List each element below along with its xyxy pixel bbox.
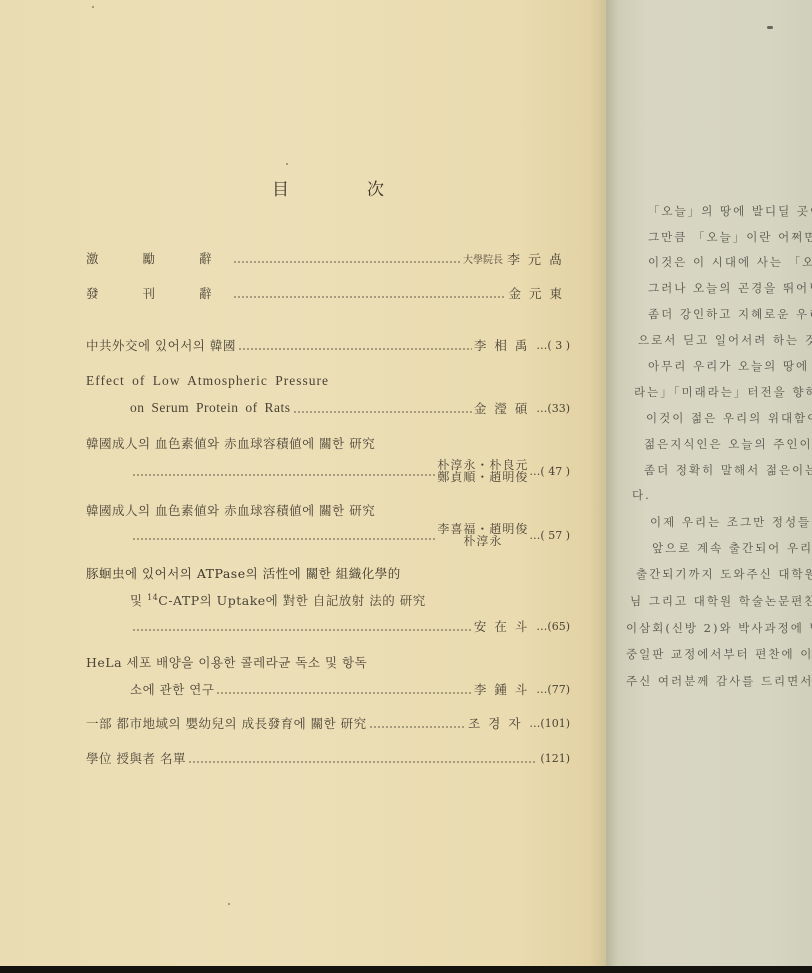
toc-entry-author: 金元東 [508, 284, 570, 302]
text-line: 좀더 강인하고 지혜로운 우리 [648, 306, 812, 322]
toc-entry-title: 激 勵 辭 [86, 249, 231, 267]
toc-entry-author-line-2: 朴淳永 [463, 535, 502, 547]
text-line: 다. [632, 487, 651, 503]
toc-entry-title-line-1[interactable]: HeLa 세포 배양을 이용한 콜레라균 독소 및 항독 [86, 653, 367, 671]
text-line: 라는」「미래라는」터전을 향하 [634, 384, 812, 400]
leader-dots [132, 528, 435, 542]
toc-entry-author: 조경자 [468, 714, 528, 732]
toc-entry[interactable]: on Serum Protein of Rats 金瀅碩 …(33) [86, 398, 570, 418]
toc-entry-title-line-2[interactable]: 및 14C-ATP의 Uptake에 對한 自記放射 法的 研究 [130, 591, 426, 609]
leader-dots [132, 619, 472, 633]
toc-entry-title: 一部 都市地域의 嬰幼兒의 成長發育에 關한 研究 [86, 714, 367, 732]
toc-entry-page: …(33) [536, 402, 570, 415]
toc-entry[interactable]: 朴淳永・朴良元 鄭貞順・趙明俊 …( 47 ) [86, 458, 570, 484]
text-line: 이삼회(신방 2)와 박사과정에 박 [626, 620, 812, 636]
toc-entry-author: 李鍾斗 [474, 680, 536, 698]
text-line: 이제 우리는 조그만 정성들을 [650, 514, 812, 530]
leader-dots [216, 682, 471, 696]
isotope-superscript: 14 [147, 593, 158, 602]
paper-speck [228, 903, 230, 905]
leader-dots [238, 338, 472, 352]
text-line: 젊은지식인은 오늘의 주인이 [644, 436, 812, 452]
toc-entry[interactable]: 發 刊 辭 金元東 [86, 283, 570, 303]
toc-entry-author: 李元卨 [507, 249, 570, 268]
ink-mark [767, 26, 773, 29]
text-line: 님 그리고 대학원 학술논문편찬 [630, 593, 812, 609]
left-page: 目 次 激 勵 辭 大學院長 李元卨 發 刊 辭 金元東 中共外交에 있어서의 … [0, 0, 608, 966]
toc-entry-author-line-2: 鄭貞順・趙明俊 [437, 471, 528, 483]
toc-entry[interactable]: 李喜福・趙明俊 朴淳永 …( 57 ) [86, 522, 570, 548]
toc-entry-page: …(65) [536, 620, 570, 633]
leader-dots [132, 464, 435, 478]
text-line: 이것은 이 시대에 사는 「오 [648, 254, 812, 270]
scan-background-edge [0, 966, 812, 973]
text-line: 「오늘」의 땅에 발디딜 곳이 [648, 203, 812, 219]
title-fragment: C-ATP의 Uptake에 對한 自記放射 法的 研究 [158, 593, 425, 608]
toc-entry-title[interactable]: 韓國成人의 血色素値와 赤血球容積値에 關한 研究 [86, 501, 375, 519]
leader-dots [369, 716, 467, 730]
toc-entry-title-line-1[interactable]: Effect of Low Atmospheric Pressure [86, 373, 329, 389]
toc-entry-title-line-2: 소에 관한 연구 [130, 680, 214, 698]
text-line: 좀더 정확히 말해서 젊은이는 [644, 462, 812, 478]
text-line: 중일판 교정에서부터 편찬에 이르 [626, 646, 812, 662]
toc-entry-page: (121) [540, 752, 570, 765]
text-line: 그만큼 「오늘」이란 어쩌면 [648, 229, 812, 245]
leader-dots [233, 286, 506, 300]
toc-entry[interactable]: 安在斗 …(65) [86, 616, 570, 636]
facing-page: 「오늘」의 땅에 발디딜 곳이 그만큼 「오늘」이란 어쩌면 이것은 이 시대에… [606, 0, 812, 967]
toc-entry-title: 發 刊 辭 [86, 284, 231, 302]
toc-entry-author: 安在斗 [474, 617, 536, 635]
paper-speck [286, 163, 288, 165]
toc-entry[interactable]: 中共外交에 있어서의 韓國 李相禹 …( 3 ) [86, 335, 570, 355]
page-title-char-2: 次 [367, 175, 384, 200]
text-line: 앞으로 계속 출간되어 우리들 [652, 540, 812, 556]
title-fragment: 및 [130, 593, 147, 608]
toc-entry[interactable]: 激 勵 辭 大學院長 李元卨 [86, 248, 570, 268]
toc-entry-authors: 朴淳永・朴良元 鄭貞順・趙明俊 [437, 459, 528, 483]
toc-entry-page: …( 3 ) [536, 339, 570, 352]
toc-entry-page: …( 47 ) [529, 465, 570, 478]
toc-entry[interactable]: 一部 都市地域의 嬰幼兒의 成長發育에 關한 研究 조경자 …(101) [86, 713, 570, 733]
toc-entry-author-role: 大學院長 [463, 251, 503, 266]
toc-entry-title[interactable]: 韓國成人의 血色素値와 赤血球容積値에 關한 研究 [86, 434, 375, 452]
toc-entry-author: 金瀅碩 [474, 399, 536, 417]
text-line: 주신 여러분께 감사를 드리면서 [626, 673, 812, 689]
toc-entry-title: 學位 授與者 名單 [86, 749, 186, 767]
toc-entry[interactable]: 學位 授與者 名單 (121) [86, 748, 570, 768]
toc-entry-page: …(77) [536, 683, 570, 696]
text-line: 으로서 딛고 일어서려 하는 것 [638, 332, 812, 348]
toc-entry-page: …(101) [529, 717, 570, 730]
text-line: 이것이 젊은 우리의 위대함이 [646, 410, 812, 426]
paper-speck [92, 6, 94, 8]
facing-page-text: 「오늘」의 땅에 발디딜 곳이 그만큼 「오늘」이란 어쩌면 이것은 이 시대에… [606, 0, 812, 967]
text-line: 그러나 오늘의 곤경을 뛰어넘 [648, 280, 812, 296]
page-title-char-1: 目 [272, 175, 289, 200]
toc-entry-authors: 李喜福・趙明俊 朴淳永 [437, 523, 528, 547]
text-line: 아무리 우리가 오늘의 땅에 [648, 358, 809, 374]
leader-dots [293, 401, 472, 415]
leader-dots [233, 251, 461, 265]
toc-entry-title: 中共外交에 있어서의 韓國 [86, 336, 236, 354]
text-line: 출간되기까지 도와주신 대학원 [636, 566, 812, 582]
toc-entry-title-line-1[interactable]: 豚蛔虫에 있어서의 ATPase의 活性에 關한 組織化學的 [86, 564, 401, 582]
leader-dots [188, 751, 537, 765]
toc-entry[interactable]: 소에 관한 연구 李鍾斗 …(77) [86, 679, 570, 699]
toc-entry-author: 李相禹 [474, 336, 536, 354]
toc-entry-page: …( 57 ) [529, 529, 570, 542]
toc-entry-title-line-2: on Serum Protein of Rats [130, 400, 291, 416]
